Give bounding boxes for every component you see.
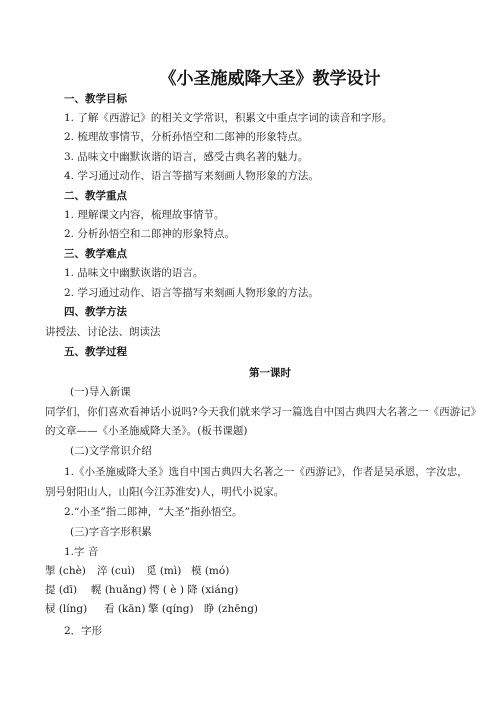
part2-line-2: 别号射阳山人，山阳(今江苏淮安)人，明代小说家。 bbox=[45, 485, 284, 499]
methods-text: 讲授法、讨论法、朗读法 bbox=[45, 325, 161, 339]
goal-item-1: 1. 了解《西游记》的相关文学常识，积累文中重点字词的读音和字形。 bbox=[64, 111, 392, 125]
pinyin-1-4: 模 (mó) bbox=[191, 564, 229, 578]
key-point-item-2: 2. 分析孙悟空和二郎神的形象特点。 bbox=[64, 227, 235, 241]
pinyin-1-1: 掣 (chè) bbox=[45, 564, 86, 578]
lesson-title: 第一课时 bbox=[0, 366, 500, 380]
pinyin-3-1: 棂 (líng) bbox=[45, 602, 87, 616]
part3-sub2: 2．字形 bbox=[64, 624, 102, 638]
pinyin-2-2: 幌 (huǎng) bbox=[91, 583, 146, 597]
section-heading-process: 五、教学过程 bbox=[64, 345, 127, 359]
pinyin-3-4: 睁 (zhēng) bbox=[204, 602, 258, 616]
document-page: 《小圣施威降大圣》教学设计 一、教学目标 1. 了解《西游记》的相关文学常识，积… bbox=[0, 0, 500, 708]
section-heading-difficulties: 三、教学难点 bbox=[64, 247, 127, 261]
pinyin-3-3: 擎 (qíng) bbox=[148, 602, 194, 616]
part1-heading: (一)导入新课 bbox=[70, 385, 131, 399]
part2-heading: (二)文学常识介绍 bbox=[70, 444, 152, 458]
pinyin-1-3: 觅 (mì) bbox=[146, 564, 181, 578]
section-heading-key-points: 二、教学重点 bbox=[64, 189, 127, 203]
document-title: 《小圣施威降大圣》教学设计 bbox=[0, 64, 500, 89]
pinyin-1-2: 淬 (cuì) bbox=[97, 564, 135, 578]
part3-heading: (三)字音字形积累 bbox=[70, 525, 152, 539]
goal-item-2: 2. 梳理故事情节，分析孙悟空和二郎神的形象特点。 bbox=[64, 130, 308, 144]
part2-line-1: 1.《小圣施威降大圣》选自中国古典四大名著之一《西游记》，作者是吴承恩，字汝忠， bbox=[64, 465, 468, 479]
part2-line-3: 2.“小圣”指二郎神，“大圣”指孙悟空。 bbox=[64, 505, 243, 519]
goal-item-3: 3. 品味文中幽默诙谐的语言，感受古典名著的魅力。 bbox=[64, 150, 308, 164]
goal-item-4: 4. 学习通过动作、语言等描写来刻画人物形象的方法。 bbox=[64, 169, 319, 183]
part1-line-2: 的文章——《小圣施威降大圣》。(板书课题) bbox=[45, 424, 247, 438]
pinyin-2-1: 提 (dī) bbox=[45, 583, 77, 597]
section-heading-goals: 一、教学目标 bbox=[64, 92, 127, 106]
section-heading-methods: 四、教学方法 bbox=[64, 305, 127, 319]
difficulty-item-1: 1. 品味文中幽默诙谐的语言。 bbox=[64, 266, 203, 280]
part3-sub1: 1.字 音 bbox=[64, 545, 98, 559]
key-point-item-1: 1. 理解课文内容，梳理故事情节。 bbox=[64, 208, 224, 222]
part1-line-1: 同学们，你们喜欢看神话小说吗?今天我们就来学习一篇选自中国古典四大名著之一《西游… bbox=[45, 405, 481, 419]
pinyin-3-2: 看 (kān) bbox=[104, 602, 145, 616]
difficulty-item-2: 2. 学习通过动作、语言等描写来刻画人物形象的方法。 bbox=[64, 286, 319, 300]
pinyin-2-3: 愕 ( è ) 降 (xiáng) bbox=[149, 583, 238, 597]
